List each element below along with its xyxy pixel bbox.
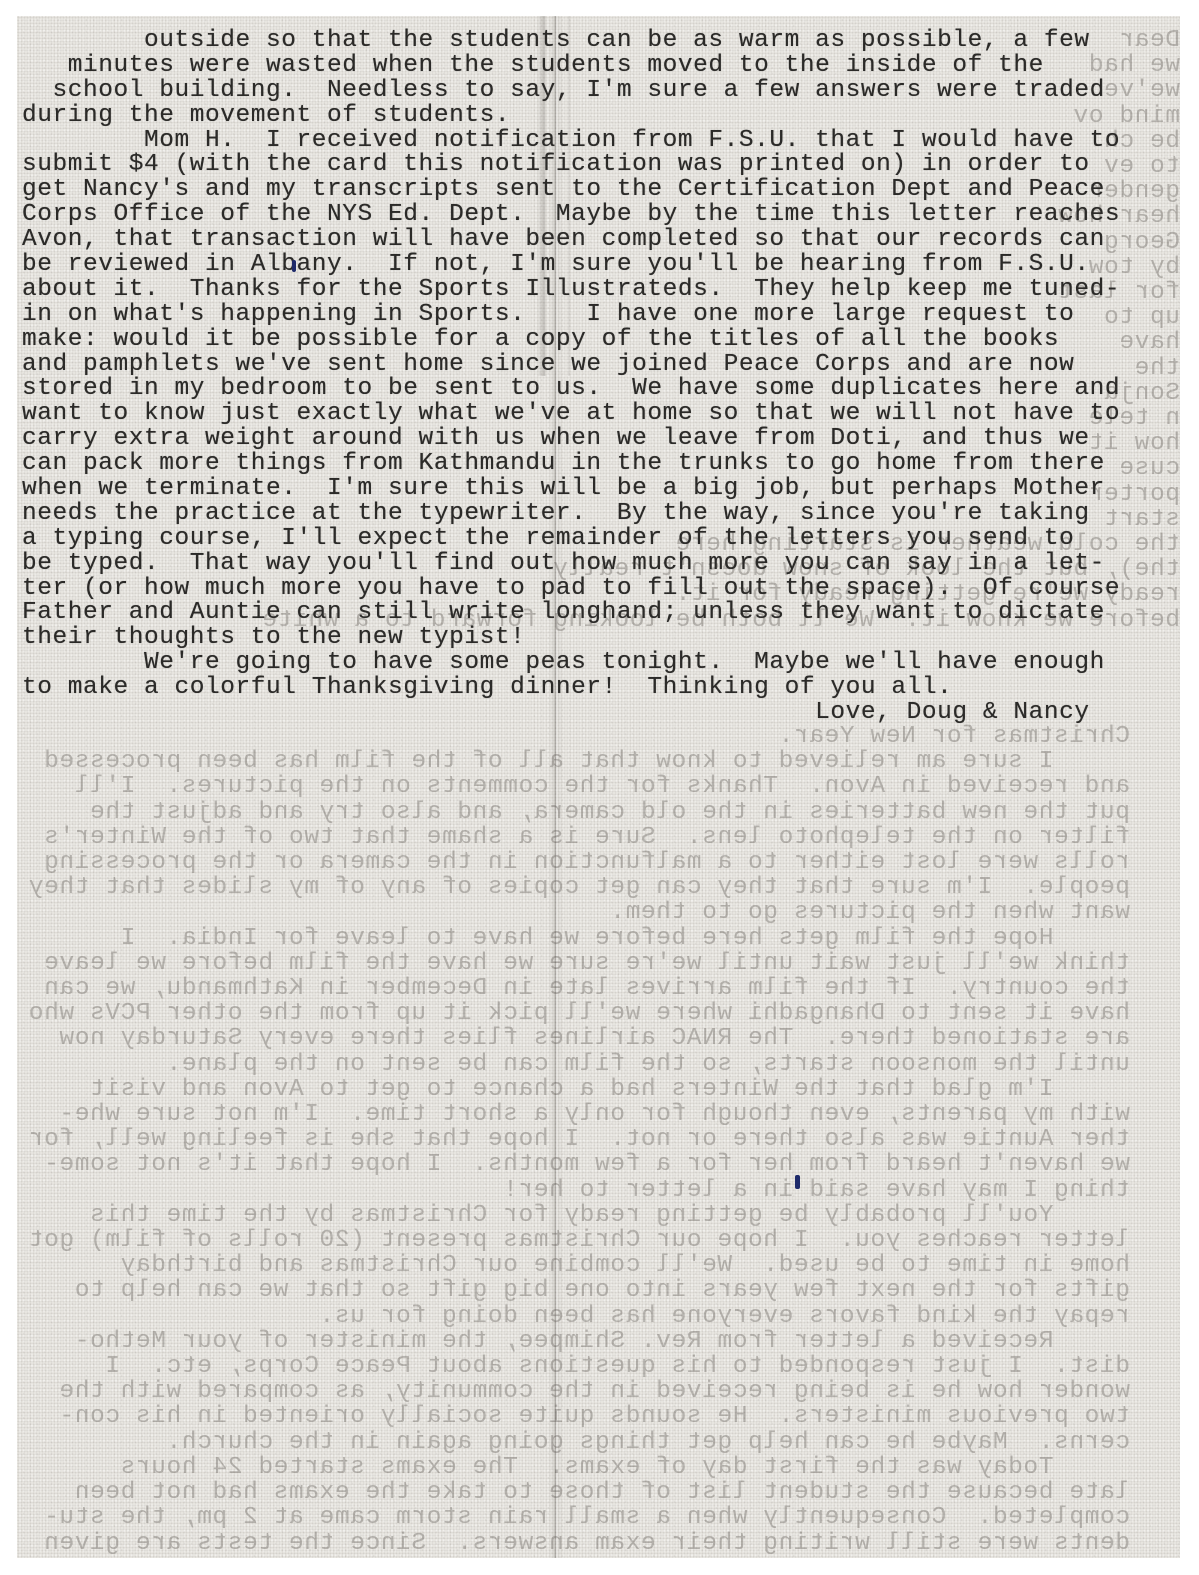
letter-body: outside so that the students can be as w… [22, 29, 1120, 726]
show-through-line: letter reaches you. I hope our Christmas… [28, 1228, 1130, 1253]
show-through-line: with my parents, even though for only a … [28, 1102, 1130, 1127]
show-through-line: until the monsoon starts, so the film ca… [28, 1052, 1130, 1077]
letter-line: minutes were wasted when the students mo… [22, 54, 1120, 79]
show-through-line: Christmas for New Year. [28, 724, 1130, 749]
show-through-line: home in time to be used. We'll combine o… [28, 1253, 1130, 1278]
show-through-line: wonder how he is being received in the c… [28, 1379, 1130, 1404]
letter-line: a typing course, I'll expect the remaind… [22, 527, 1120, 552]
letter-line: to make a colorful Thanksgiving dinner! … [22, 676, 1120, 701]
letter-line: their thoughts to the new typist! [22, 626, 1120, 651]
letter-line: and pamphlets we've sent home since we j… [22, 353, 1120, 378]
show-through-line: repay the kind favors everyone has been … [28, 1304, 1130, 1329]
show-through-line: two previous ministers. He sounds quite … [28, 1404, 1130, 1429]
letter-line: Avon, that transaction will have been co… [22, 228, 1120, 253]
letter-line: Mom H. I received notification from F.S.… [22, 129, 1120, 154]
show-through-line: cerns. Maybe he can help get things goin… [28, 1430, 1130, 1455]
show-through-line: I'm glad that the Winters had a chance t… [28, 1077, 1130, 1102]
show-through-line: and received in Avon. Thanks for the com… [28, 774, 1130, 799]
show-through-line: are stationed there. The RNAC airlines f… [28, 1026, 1130, 1051]
letter-line: can pack more things from Kathmandu in t… [22, 452, 1120, 477]
show-through-line: we haven't heard from her for a few mont… [28, 1152, 1130, 1177]
letter-line: about it. Thanks for the Sports Illustra… [22, 278, 1120, 303]
letter-line: be typed. That way you'll find out how m… [22, 552, 1120, 577]
letter-line: when we terminate. I'm sure this will be… [22, 477, 1120, 502]
show-through-line: rolls were lost either to a malfunction … [28, 850, 1130, 875]
show-through-line: thing I may have said in a letter to her… [28, 1178, 1130, 1203]
letter-line: in on what's happening in Sports. I have… [22, 303, 1120, 328]
letter-line: We're going to have some peas tonight. M… [22, 651, 1120, 676]
letter-line: get Nancy's and my transcripts sent to t… [22, 178, 1120, 203]
letter-page: Christmas for New Year. I sure am reliev… [17, 16, 1180, 1558]
letter-line: during the movement of students. [22, 104, 1120, 129]
show-through-line: Hope the film gets here before we have t… [28, 926, 1130, 951]
show-through-line: want when the pictures go to them. [28, 900, 1130, 925]
letter-line: needs the practice at the typewriter. By… [22, 502, 1120, 527]
letter-line: make: would it be possible for a copy of… [22, 328, 1120, 353]
letter-line: stored in my bedroom to be sent to us. W… [22, 377, 1120, 402]
letter-line: Corps Office of the NYS Ed. Dept. Maybe … [22, 203, 1120, 228]
letter-line: be reviewed in Albany. If not, I'm sure … [22, 253, 1120, 278]
show-through-line: dents were still writing their exam answ… [28, 1531, 1130, 1556]
show-through-line: dist. I just responded to his questions … [28, 1354, 1130, 1379]
letter-line: outside so that the students can be as w… [22, 29, 1120, 54]
letter-line: carry extra weight around with us when w… [22, 427, 1120, 452]
show-through-line: filter on the telephoto lens. Sure is a … [28, 825, 1130, 850]
show-through-line: put the new batteries in the old camera,… [28, 800, 1130, 825]
letter-line: want to know just exactly what we've at … [22, 402, 1120, 427]
letter-line: Love, Doug & Nancy [22, 701, 1120, 726]
show-through-line: gifts for the next few years into one bi… [28, 1278, 1130, 1303]
show-through-body: Christmas for New Year. I sure am reliev… [28, 724, 1130, 1556]
show-through-line: I sure am relieved to know that all of t… [28, 749, 1130, 774]
letter-line: submit $4 (with the card this notificati… [22, 153, 1120, 178]
show-through-line: think we'll just wait until we're sure w… [28, 951, 1130, 976]
show-through-line: have it sent to Dhangadhi where we'll pi… [28, 1001, 1130, 1026]
show-through-line: completed. Consequently when a small rai… [28, 1505, 1130, 1530]
show-through-line: Today was the first day of exams. The ex… [28, 1455, 1130, 1480]
pen-mark [292, 260, 296, 272]
show-through-line: people. I'm sure that they can get copie… [28, 875, 1130, 900]
show-through-line: You'll probably be getting ready for Chr… [28, 1203, 1130, 1228]
show-through-line: late because the student list of those t… [28, 1480, 1130, 1505]
show-through-line: Received a letter from Rev. Shimpee, the… [28, 1329, 1130, 1354]
pen-mark [795, 1175, 800, 1189]
letter-line: Father and Auntie can still write longha… [22, 601, 1120, 626]
show-through-line: ther Auntie was also there or not. I hop… [28, 1127, 1130, 1152]
letter-line: ter (or how much more you have to pad to… [22, 577, 1120, 602]
show-through-line: the country. If the film arrives late in… [28, 976, 1130, 1001]
letter-line: school building. Needless to say, I'm su… [22, 79, 1120, 104]
